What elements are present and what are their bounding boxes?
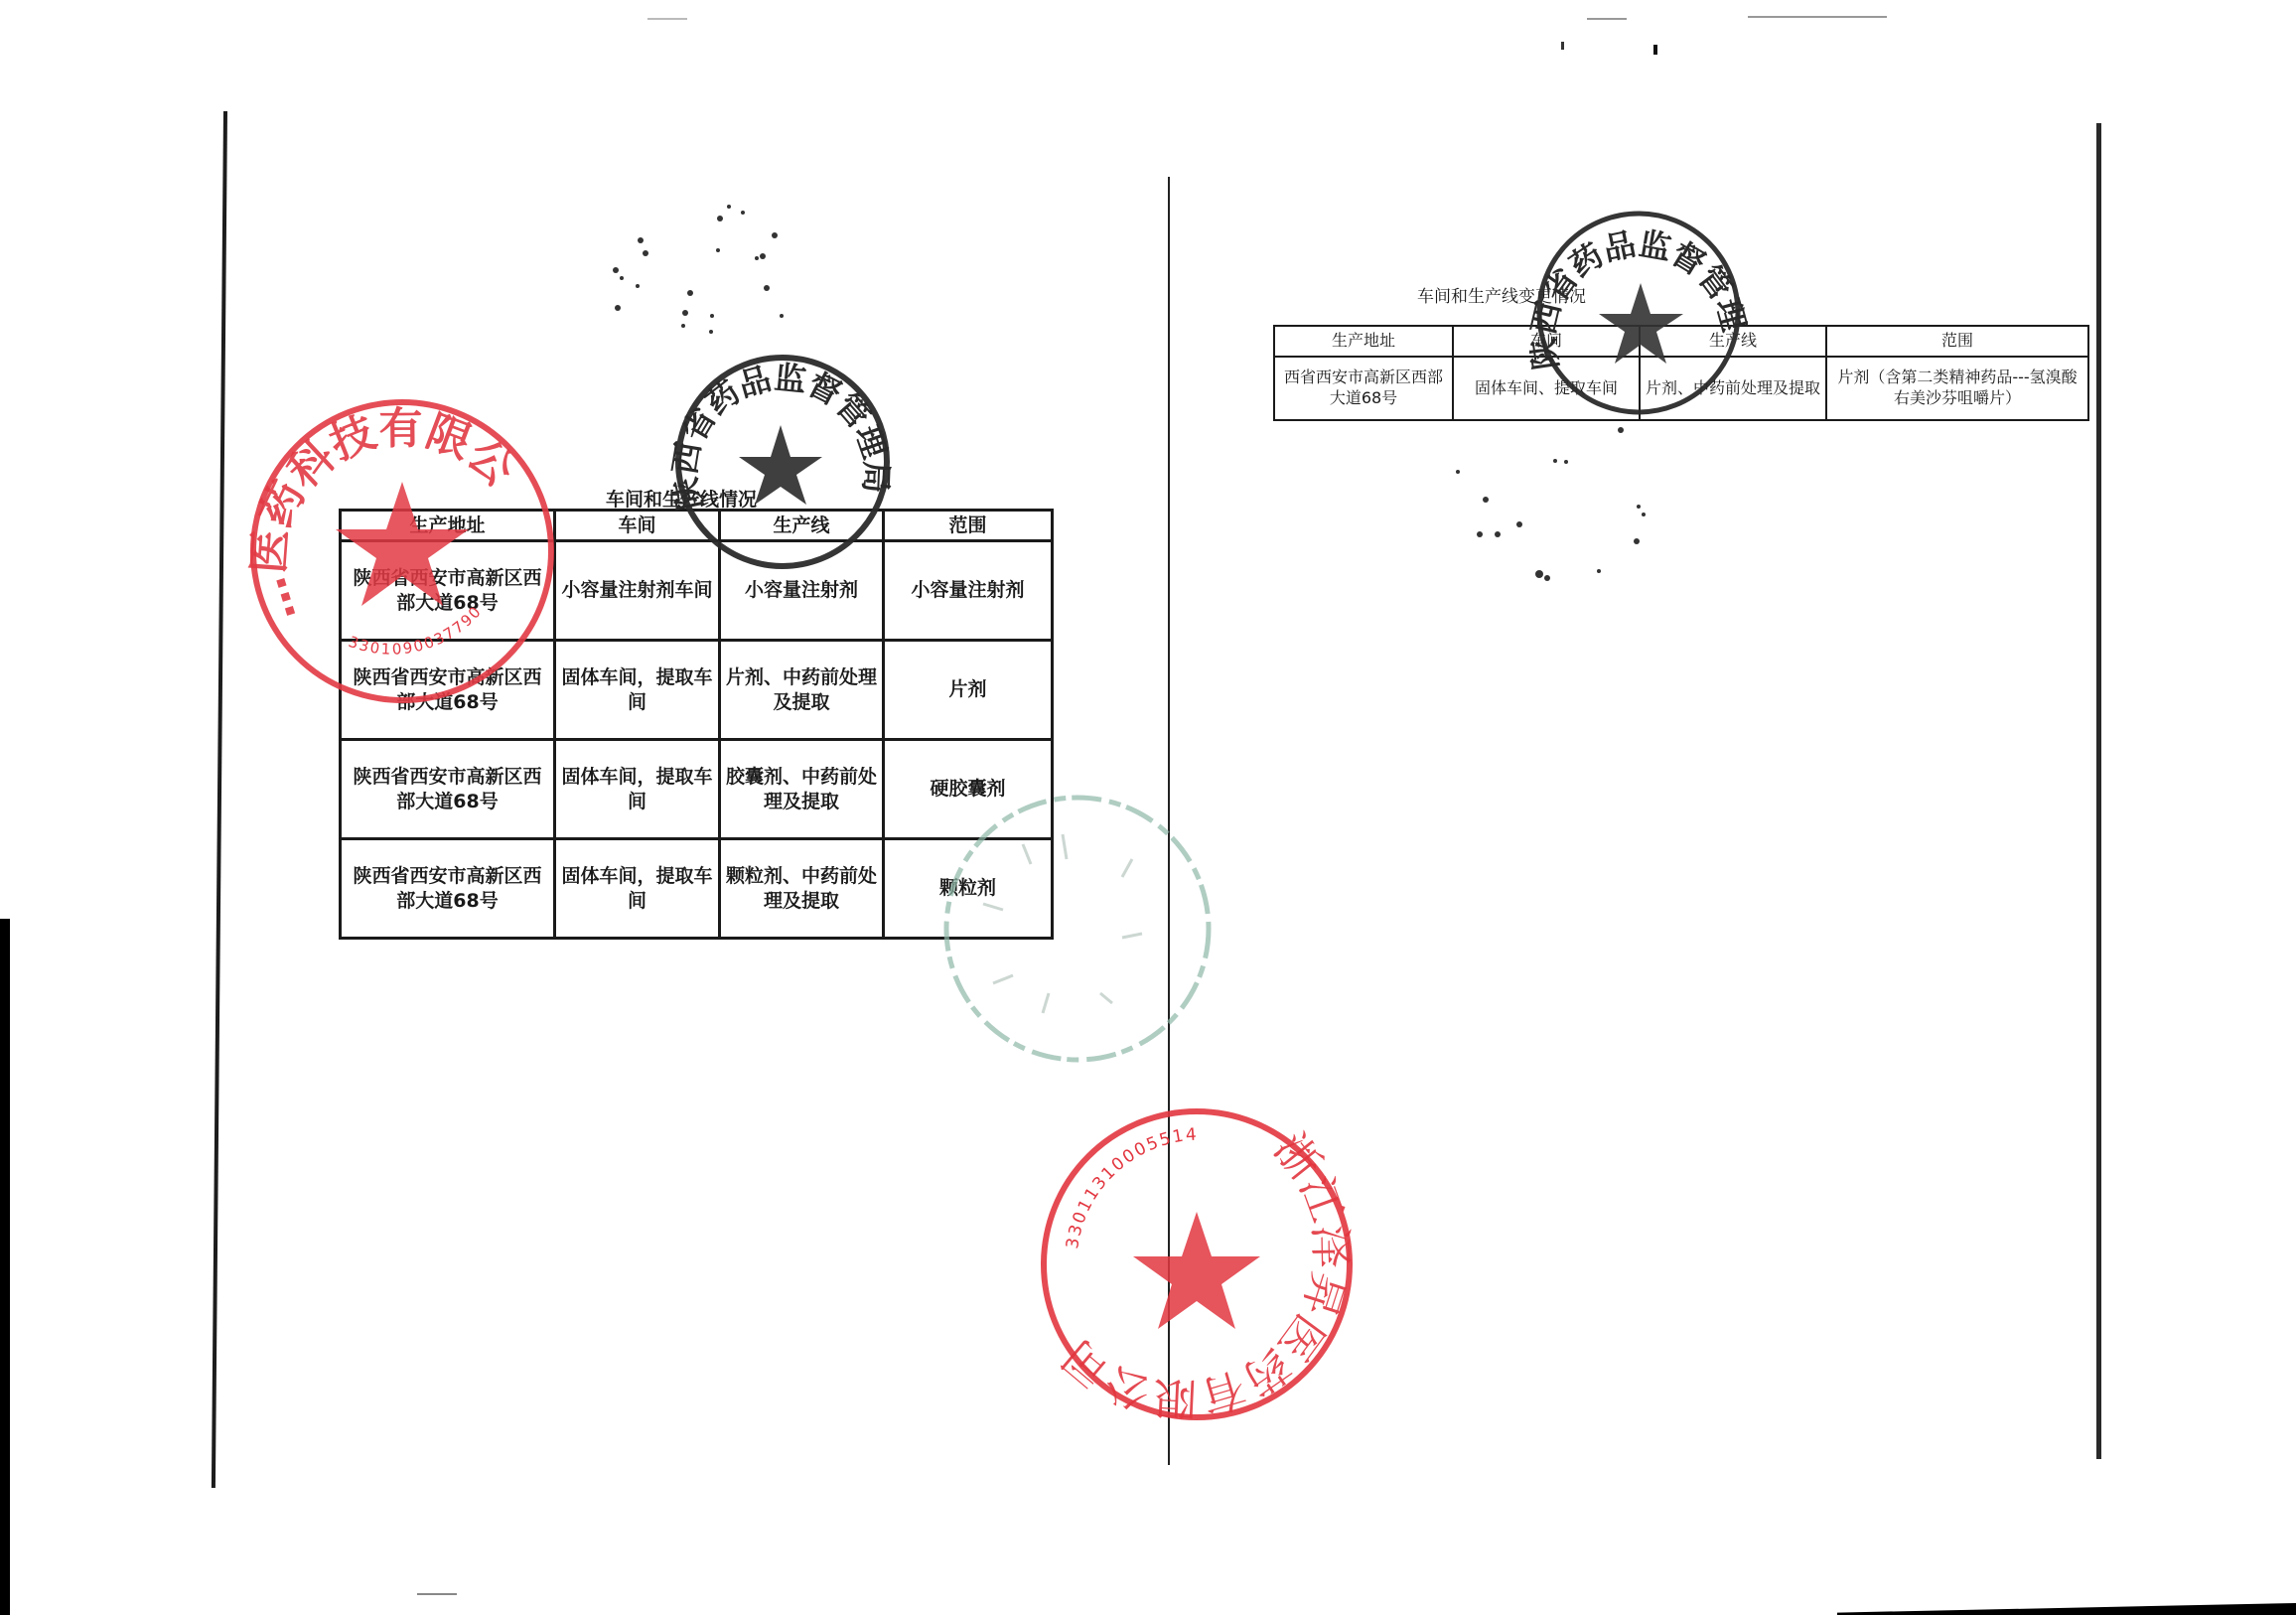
right-page-title: 车间和生产线变更情况	[1417, 282, 1586, 307]
svg-text:3301131000551​4: 3301131000551​4	[1063, 1124, 1199, 1249]
table-header-row: 生产地址 车间 生产线 范围	[341, 511, 1053, 541]
faded-stamp-residue	[1430, 427, 1688, 596]
cell-workshop: 固体车间、提取车间	[1453, 357, 1640, 420]
cell-production-line: 片剂、中药前处理及提取	[720, 641, 884, 740]
column-header: 生产线	[1640, 326, 1826, 357]
column-header: 生产地址	[1274, 326, 1453, 357]
table-row: 陕西省西安市高新区西部大道68号 固体车间，提取车间 颗粒剂、中药前处理及提取 …	[341, 839, 1053, 939]
left-page-border	[212, 111, 227, 1488]
column-header: 范围	[1826, 326, 2088, 357]
scan-speck	[1587, 18, 1627, 20]
cell-production-line: 胶囊剂、中药前处理及提取	[720, 740, 884, 839]
cell-scope: 小容量注射剂	[884, 541, 1053, 641]
scan-edge-shadow-bottom	[1837, 1603, 2296, 1615]
table-header-row: 生产地址 车间 生产线 范围	[1274, 326, 2088, 357]
column-header: 生产线	[720, 511, 884, 541]
table-row: 西省西安市高新区西部大道68号 固体车间、提取车间 片剂、中药前处理及提取 片剂…	[1274, 357, 2088, 420]
table-row: 陕西省西安市高新区西部大道68号 固体车间，提取车间 片剂、中药前处理及提取 片…	[341, 641, 1053, 740]
cell-production-line: 小容量注射剂	[720, 541, 884, 641]
left-page-title: 车间和生产线情况	[606, 485, 757, 512]
right-page-border	[2096, 123, 2101, 1459]
cell-production-line: 颗粒剂、中药前处理及提取	[720, 839, 884, 939]
center-fold-line	[1168, 177, 1170, 1465]
right-workshop-change-table: 生产地址 车间 生产线 范围 西省西安市高新区西部大道68号 固体车间、提取车间…	[1273, 325, 2089, 421]
column-header: 车间	[555, 511, 720, 541]
cell-workshop: 固体车间，提取车间	[555, 839, 720, 939]
faded-stamp-residue	[586, 199, 824, 348]
cell-scope: 颗粒剂	[884, 839, 1053, 939]
cell-scope: 硬胶囊剂	[884, 740, 1053, 839]
cell-scope: 片剂（含第二类精神药品---氢溴酸右美沙芬咀嚼片）	[1826, 357, 2088, 420]
column-header: 生产地址	[341, 511, 555, 541]
cell-address: 西省西安市高新区西部大道68号	[1274, 357, 1453, 420]
table-row: 陕西省西安市高新区西部大道68号 小容量注射剂车间 小容量注射剂 小容量注射剂	[341, 541, 1053, 641]
cell-address: 陕西省西安市高新区西部大道68号	[341, 839, 555, 939]
scan-speck	[1561, 42, 1564, 50]
svg-text:浙江泽昇医药有限公司: 浙江泽昇医药有限公司	[1054, 1124, 1356, 1424]
scan-edge-shadow	[0, 919, 10, 1615]
scan-speck	[1748, 16, 1887, 18]
scan-speck	[647, 18, 687, 20]
cell-workshop: 固体车间，提取车间	[555, 740, 720, 839]
table-row: 陕西省西安市高新区西部大道68号 固体车间，提取车间 胶囊剂、中药前处理及提取 …	[341, 740, 1053, 839]
scan-speck	[417, 1593, 457, 1595]
column-header: 范围	[884, 511, 1053, 541]
cell-scope: 片剂	[884, 641, 1053, 740]
cell-production-line: 片剂、中药前处理及提取	[1640, 357, 1826, 420]
column-header: 车间	[1453, 326, 1640, 357]
cell-address: 陕西省西安市高新区西部大道68号	[341, 740, 555, 839]
scan-speck	[1653, 45, 1657, 55]
cell-address: 陕西省西安市高新区西部大道68号	[341, 541, 555, 641]
cell-workshop: 小容量注射剂车间	[555, 541, 720, 641]
cell-workshop: 固体车间，提取车间	[555, 641, 720, 740]
left-workshop-table: 生产地址 车间 生产线 范围 陕西省西安市高新区西部大道68号 小容量注射剂车间…	[339, 509, 1054, 940]
red-company-seal-icon: 浙江泽昇医药有限公司 3301131000551​4	[1033, 1101, 1361, 1428]
cell-address: 陕西省西安市高新区西部大道68号	[341, 641, 555, 740]
